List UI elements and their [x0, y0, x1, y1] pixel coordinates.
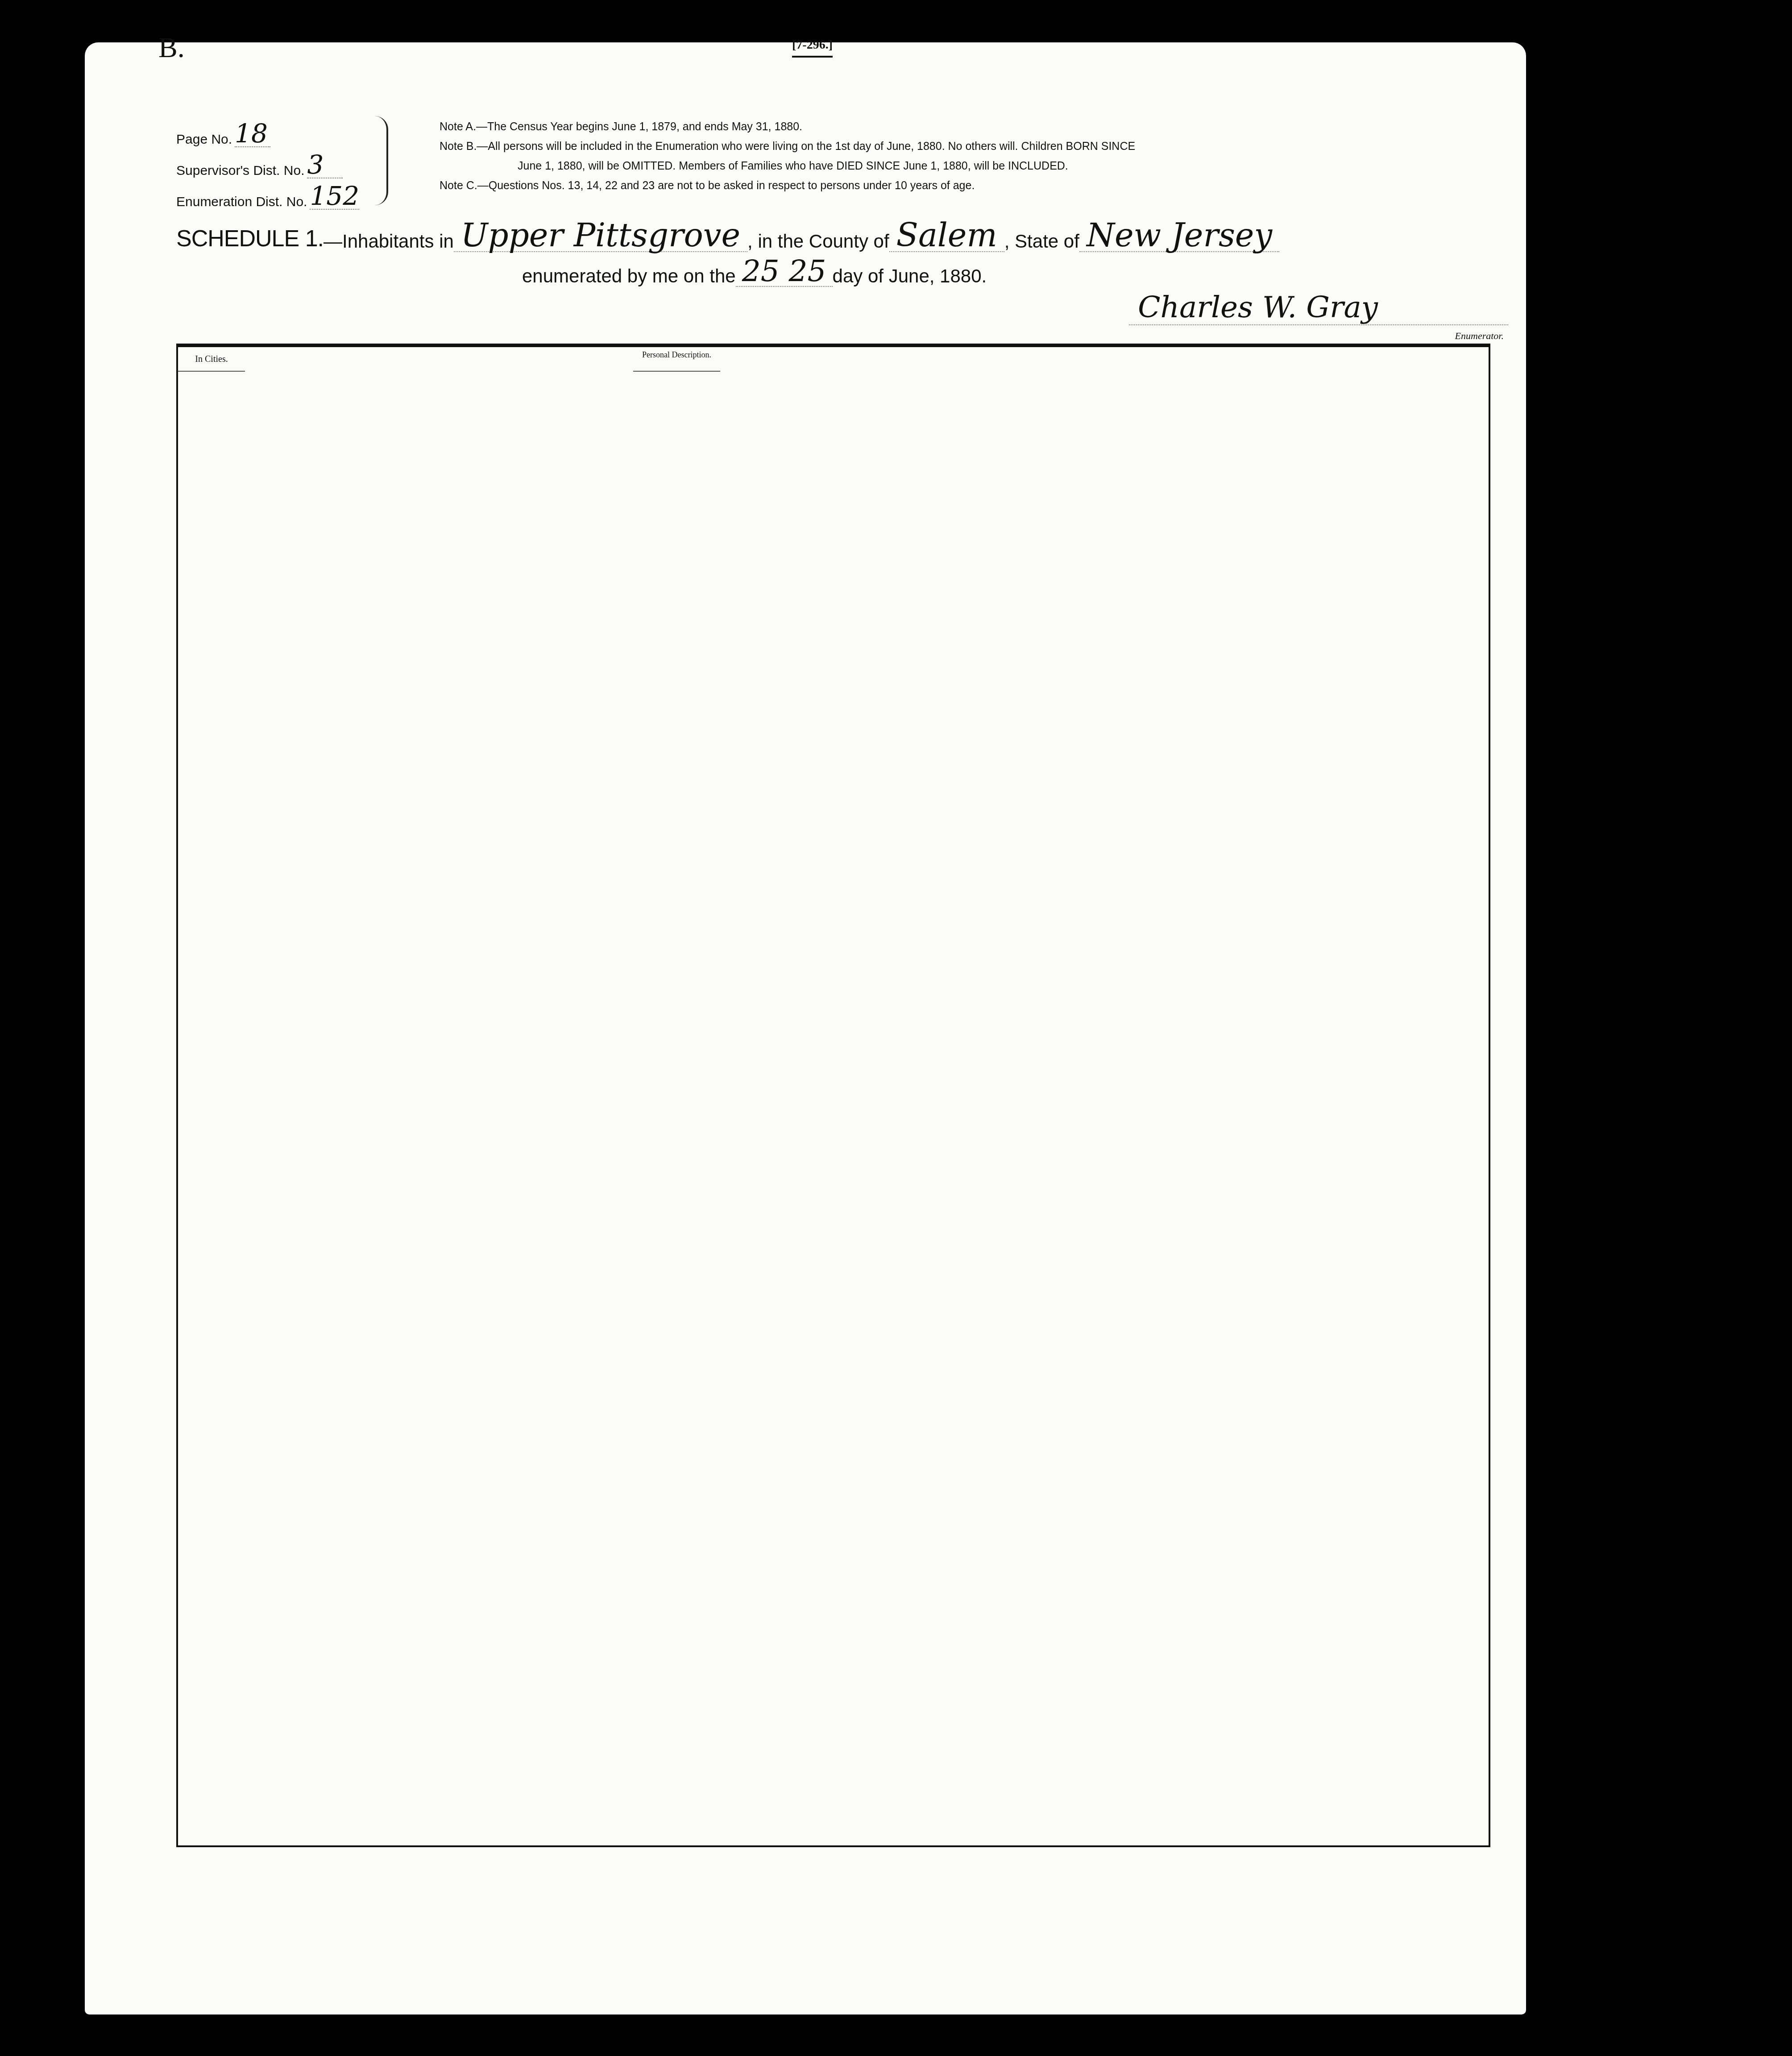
page-number-label: Page No.	[176, 132, 232, 147]
county-label: , in the County of	[747, 231, 889, 252]
supervisor-district-value: 3	[307, 152, 343, 178]
enumeration-month-year: day of June, 1880.	[833, 265, 987, 287]
enumeration-district-value: 152	[310, 183, 359, 210]
header-in-cities: In Cities.	[178, 347, 245, 372]
note-b-continued: June 1, 1880, will be OMITTED. Members o…	[440, 156, 1466, 176]
enumerator-role-label: Enumerator.	[1455, 330, 1504, 342]
note-a: Note A.—The Census Year begins June 1, 1…	[440, 117, 1466, 137]
form-code: [7-296.]	[792, 38, 833, 58]
header-personal-description: Personal Description.	[633, 347, 720, 372]
enumeration-district-label: Enumeration Dist. No.	[176, 195, 307, 210]
enumerated-label: enumerated by me on the	[522, 265, 736, 287]
note-b: Note B.—All persons will be included in …	[440, 137, 1466, 156]
county-field: Salem	[889, 219, 1004, 252]
census-table: In Cities. Personal Description.	[176, 344, 1490, 1847]
enumeration-day: 25 25	[736, 257, 833, 287]
enumerator-signature: Charles W. Gray	[1129, 290, 1508, 325]
inhabitants-label: —Inhabitants in	[324, 231, 454, 252]
page-number-row: Page No. 18	[176, 116, 386, 147]
brace	[375, 116, 388, 205]
township-field: Upper Pittsgrove	[454, 219, 747, 252]
state-label: , State of	[1004, 231, 1079, 252]
state-field: New Jersey	[1079, 219, 1279, 252]
enumeration-date-line: enumerated by me on the 25 25 day of Jun…	[522, 257, 987, 287]
notes-top: Note A.—The Census Year begins June 1, 1…	[440, 117, 1466, 195]
enumerator-signature-block: Charles W. Gray Enumerator.	[1129, 290, 1508, 325]
enumeration-district-row: Enumeration Dist. No. 152	[176, 178, 386, 210]
supervisor-district-label: Supervisor's Dist. No.	[176, 163, 304, 178]
schedule-title: SCHEDULE 1.	[176, 225, 324, 252]
page-meta: Page No. 18 Supervisor's Dist. No. 3 Enu…	[176, 116, 386, 210]
note-c: Note C.—Questions Nos. 13, 14, 22 and 23…	[440, 176, 1466, 195]
schedule-title-line: SCHEDULE 1. —Inhabitants in Upper Pittsg…	[176, 212, 1506, 252]
supervisor-district-row: Supervisor's Dist. No. 3	[176, 147, 386, 178]
page-number-value: 18	[235, 120, 270, 147]
corner-letter: B.	[158, 31, 185, 64]
